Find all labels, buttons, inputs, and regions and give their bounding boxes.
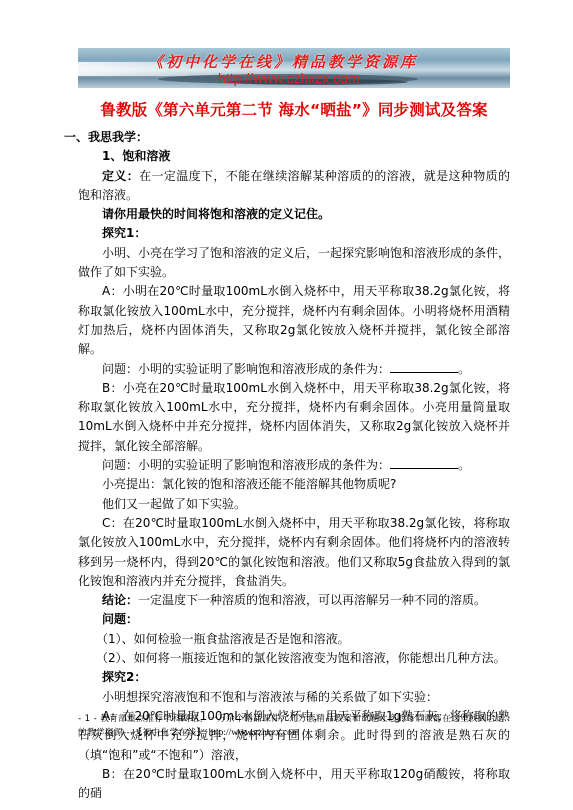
question-b-text: 问题：小明的实验证明了影响饱和溶液形成的条件为： <box>102 458 390 472</box>
banner-url[interactable]: http://www.czhxzx.com <box>218 70 360 86</box>
experiment2-b: B：在20℃时量取100mL水倒入烧杯中，用天平称取120g硝酸铵，将称取的硝 <box>78 765 510 804</box>
questions-heading: 问题： <box>78 610 510 629</box>
xiaoliang-question: 小亮提出：氯化铵的饱和溶液还能不能溶解其他物质呢? <box>78 475 510 494</box>
conclusion-label: 结论： <box>102 593 138 607</box>
explore2-intro: 小明想探究溶液饱和不饱和与溶液浓与稀的关系做了如下实验： <box>78 688 510 707</box>
document-body: 一、我思我学： 1、饱和溶液 定义：在一定温度下，不能在继续溶解某种溶质的的溶液… <box>78 128 510 803</box>
question-b: 问题：小明的实验证明了影响饱和溶液形成的条件为：。 <box>78 456 510 475</box>
definition-label: 定义： <box>102 169 139 183</box>
page-footer: - 1 - 教育部重点推荐学科网站。一万余个精品课件，几万套精品教案和试题让您的… <box>78 712 510 740</box>
question-a: 问题：小明的实验证明了影响饱和溶液形成的条件为：。 <box>78 360 510 379</box>
explore2-heading: 探究2： <box>78 668 510 687</box>
explore1-intro: 小明、小亮在学习了饱和溶液的定义后，一起探究影响饱和溶液形成的条件，做作了如下实… <box>78 244 510 283</box>
document-title: 鲁教版《第六单元第二节 海水“晒盐”》同步测试及答案 <box>78 98 510 120</box>
question-b-suffix: 。 <box>458 458 470 472</box>
subsection-heading: 1、饱和溶液 <box>78 147 510 166</box>
experiment-c: C：在20℃时量取100mL水倒入烧杯中，用天平称取38.2g氯化铵，将称取氯化… <box>78 514 510 591</box>
together-text: 他们又一起做了如下实验。 <box>78 495 510 514</box>
experiment-b: B：小亮在20℃时量取100mL水倒入烧杯中，用天平称取38.2g氯化铵，将称取… <box>78 379 510 456</box>
site-banner: 《初中化学在线》精品教学资源库 http://www.czhxzx.com <box>78 48 510 88</box>
answer-blank[interactable] <box>390 360 458 373</box>
conclusion-paragraph: 结论：一定温度下一种溶质的饱和溶液，可以再溶解另一种不同的溶质。 <box>78 591 510 610</box>
experiment-a: A：小明在20℃时量取100mL水倒入烧杯中，用天平称取38.2g氯化铵，将称取… <box>78 282 510 359</box>
question-a-text: 问题：小明的实验证明了影响饱和溶液形成的条件为： <box>102 362 390 376</box>
banner-title: 《初中化学在线》精品教学资源库 <box>148 51 448 72</box>
question-a-suffix: 。 <box>458 362 470 376</box>
section-heading: 一、我思我学： <box>64 128 510 147</box>
definition-text: 在一定温度下，不能在继续溶解某种溶质的的溶液，就是这种物质的饱和溶液。 <box>78 169 510 202</box>
explore1-heading: 探究1： <box>78 224 510 243</box>
question-item: （2）、如何将一瓶接近饱和的氯化铵溶液变为饱和溶液，你能想出几种方法。 <box>78 649 510 668</box>
memorize-prompt: 请你用最快的时间将饱和溶液的定义记住。 <box>78 205 510 224</box>
footer-url[interactable]: http://www.czhxzx.com <box>209 728 300 738</box>
question-item: （1）、如何检验一瓶食盐溶液是否是饱和溶液。 <box>78 630 510 649</box>
answer-blank[interactable] <box>390 456 458 469</box>
conclusion-text: 一定温度下一种溶质的饱和溶液，可以再溶解另一种不同的溶质。 <box>138 593 486 607</box>
definition-paragraph: 定义：在一定温度下，不能在继续溶解某种溶质的的溶液，就是这种物质的饱和溶液。 <box>78 167 510 206</box>
